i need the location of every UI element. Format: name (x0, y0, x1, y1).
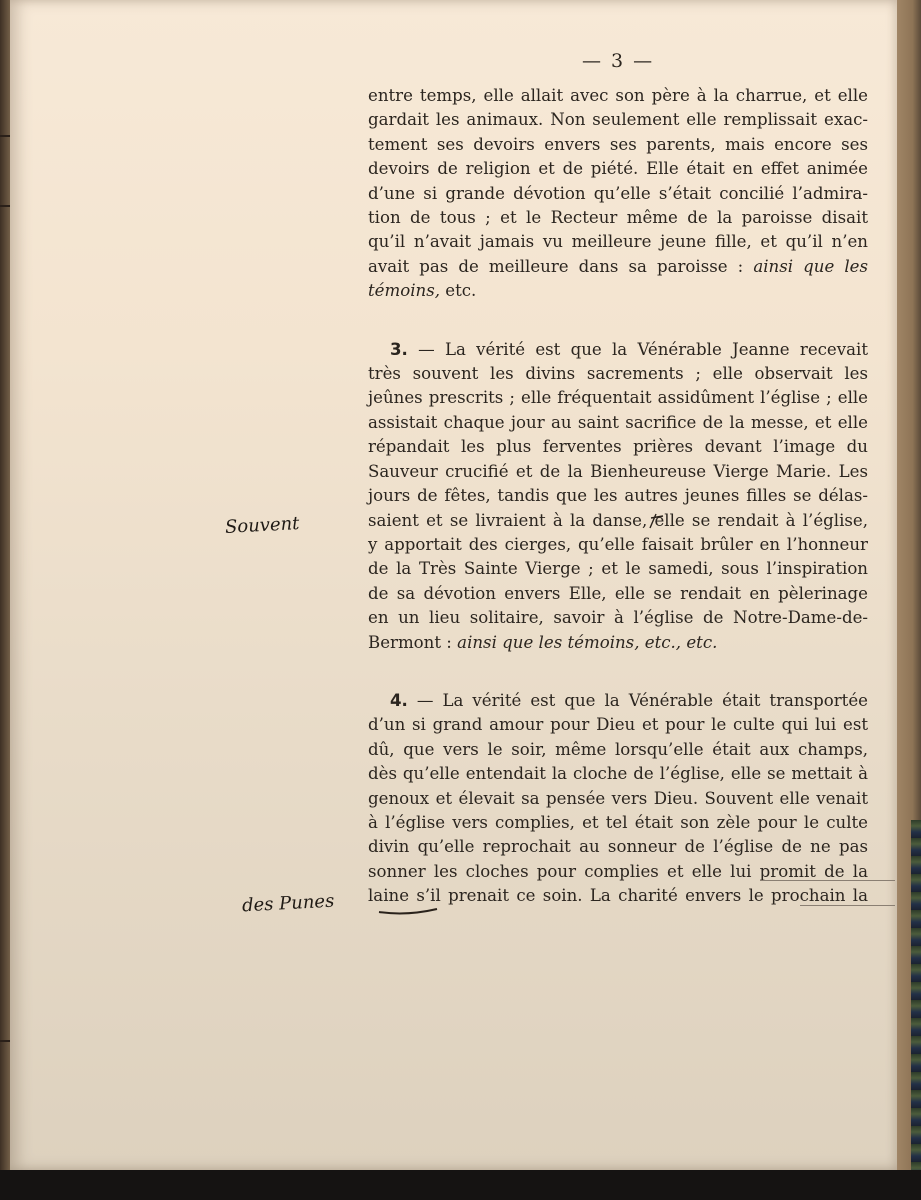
text-line: très souvent les divins sacrements ; ell… (368, 362, 868, 386)
text-line: devoirs de religion et de piété. Elle ét… (368, 157, 868, 181)
text-line: répandait les plus ferventes prières dev… (368, 435, 868, 459)
text-line: avait pas de meilleure dans sa paroisse … (368, 255, 868, 279)
insertion-caret-mark (647, 510, 665, 530)
handwritten-margin-note: Souvent (225, 513, 300, 538)
em-dash: — (408, 340, 445, 359)
text-line: jours de fêtes, tandis que les autres je… (368, 484, 868, 508)
book-cover-board-right (893, 0, 921, 1200)
article-number: 3. (390, 340, 408, 359)
text-roman: Bermont : (368, 633, 457, 652)
paragraph-spacer (368, 655, 868, 689)
text-line: dès qu’elle entendait la cloche de l’égl… (368, 762, 868, 786)
background-shadow (0, 1170, 921, 1200)
text-line: genoux et élevait sa pensée vers Dieu. S… (368, 787, 868, 811)
text-line: d’une si grande dévotion qu’elle s’était… (368, 182, 868, 206)
text-line: témoins, etc. (368, 279, 868, 303)
text-line: divin qu’elle reprochait au sonneur de l… (368, 835, 868, 859)
text-line: qu’il n’avait jamais vu meilleure jeune … (368, 230, 868, 254)
paragraph-spacer (368, 304, 868, 338)
article-heading-line: 3. — La vérité est que la Vénérable Jean… (368, 338, 868, 362)
text-line: y apportait des cierges, qu’elle faisait… (368, 533, 868, 557)
pencil-rule-line (760, 880, 895, 881)
article-number: 4. (390, 691, 408, 710)
text-line: tion de tous ; et le Recteur même de la … (368, 206, 868, 230)
text-line: de la Très Sainte Vierge ; et le samedi,… (368, 557, 868, 581)
marbled-cover-edge (911, 820, 921, 1180)
text-italic: ainsi que les (753, 257, 868, 276)
article-4: 4. — La vérité est que la Vénérable étai… (368, 689, 868, 909)
text-line: gardait les animaux. Non seulement elle … (368, 108, 868, 132)
text-line: saient et se livraient à la danse, elle … (368, 509, 868, 533)
pencil-rule-line (800, 905, 895, 906)
em-dash: — (408, 691, 443, 710)
article-3: 3. — La vérité est que la Vénérable Jean… (368, 338, 868, 655)
text-line: dû, que vers le soir, même lorsqu’elle é… (368, 738, 868, 762)
text-line: tement ses devoirs envers ses parents, m… (368, 133, 868, 157)
text-roman: La vérité est que la Vénérable était tra… (442, 691, 868, 710)
text-line: laine s’il prenait ce soin. La charité e… (368, 884, 868, 908)
article-heading-line: 4. — La vérité est que la Vénérable étai… (368, 689, 868, 713)
text-line: de sa dévotion envers Elle, elle se rend… (368, 582, 868, 606)
text-italic: témoins, (368, 281, 440, 300)
text-line: Sauveur crucifié et de la Bienheureuse V… (368, 460, 868, 484)
text-line: à l’église vers complies, et tel était s… (368, 811, 868, 835)
text-roman: La vérité est que la Vénérable Jeanne re… (445, 340, 868, 359)
text-line: Bermont : ainsi que les témoins, etc., e… (368, 631, 868, 655)
text-line: en un lieu solitaire, savoir à l’église … (368, 606, 868, 630)
text-line: d’un si grand amour pour Dieu et pour le… (368, 713, 868, 737)
text-italic: ainsi que les témoins, etc., etc. (457, 633, 717, 652)
text-line: jeûnes prescrits ; elle fréquentait assi… (368, 386, 868, 410)
continuation-paragraph: entre temps, elle allait avec son père à… (368, 84, 868, 304)
page-number: — 3 — (582, 50, 654, 72)
text-roman: etc. (440, 281, 476, 300)
text-line: assistait chaque jour au saint sacrifice… (368, 411, 868, 435)
text-roman: avait pas de meilleure dans sa paroisse … (368, 257, 753, 276)
text-column: entre temps, elle allait avec son père à… (368, 84, 868, 909)
ink-underline-mark (377, 904, 442, 918)
text-line: entre temps, elle allait avec son père à… (368, 84, 868, 108)
